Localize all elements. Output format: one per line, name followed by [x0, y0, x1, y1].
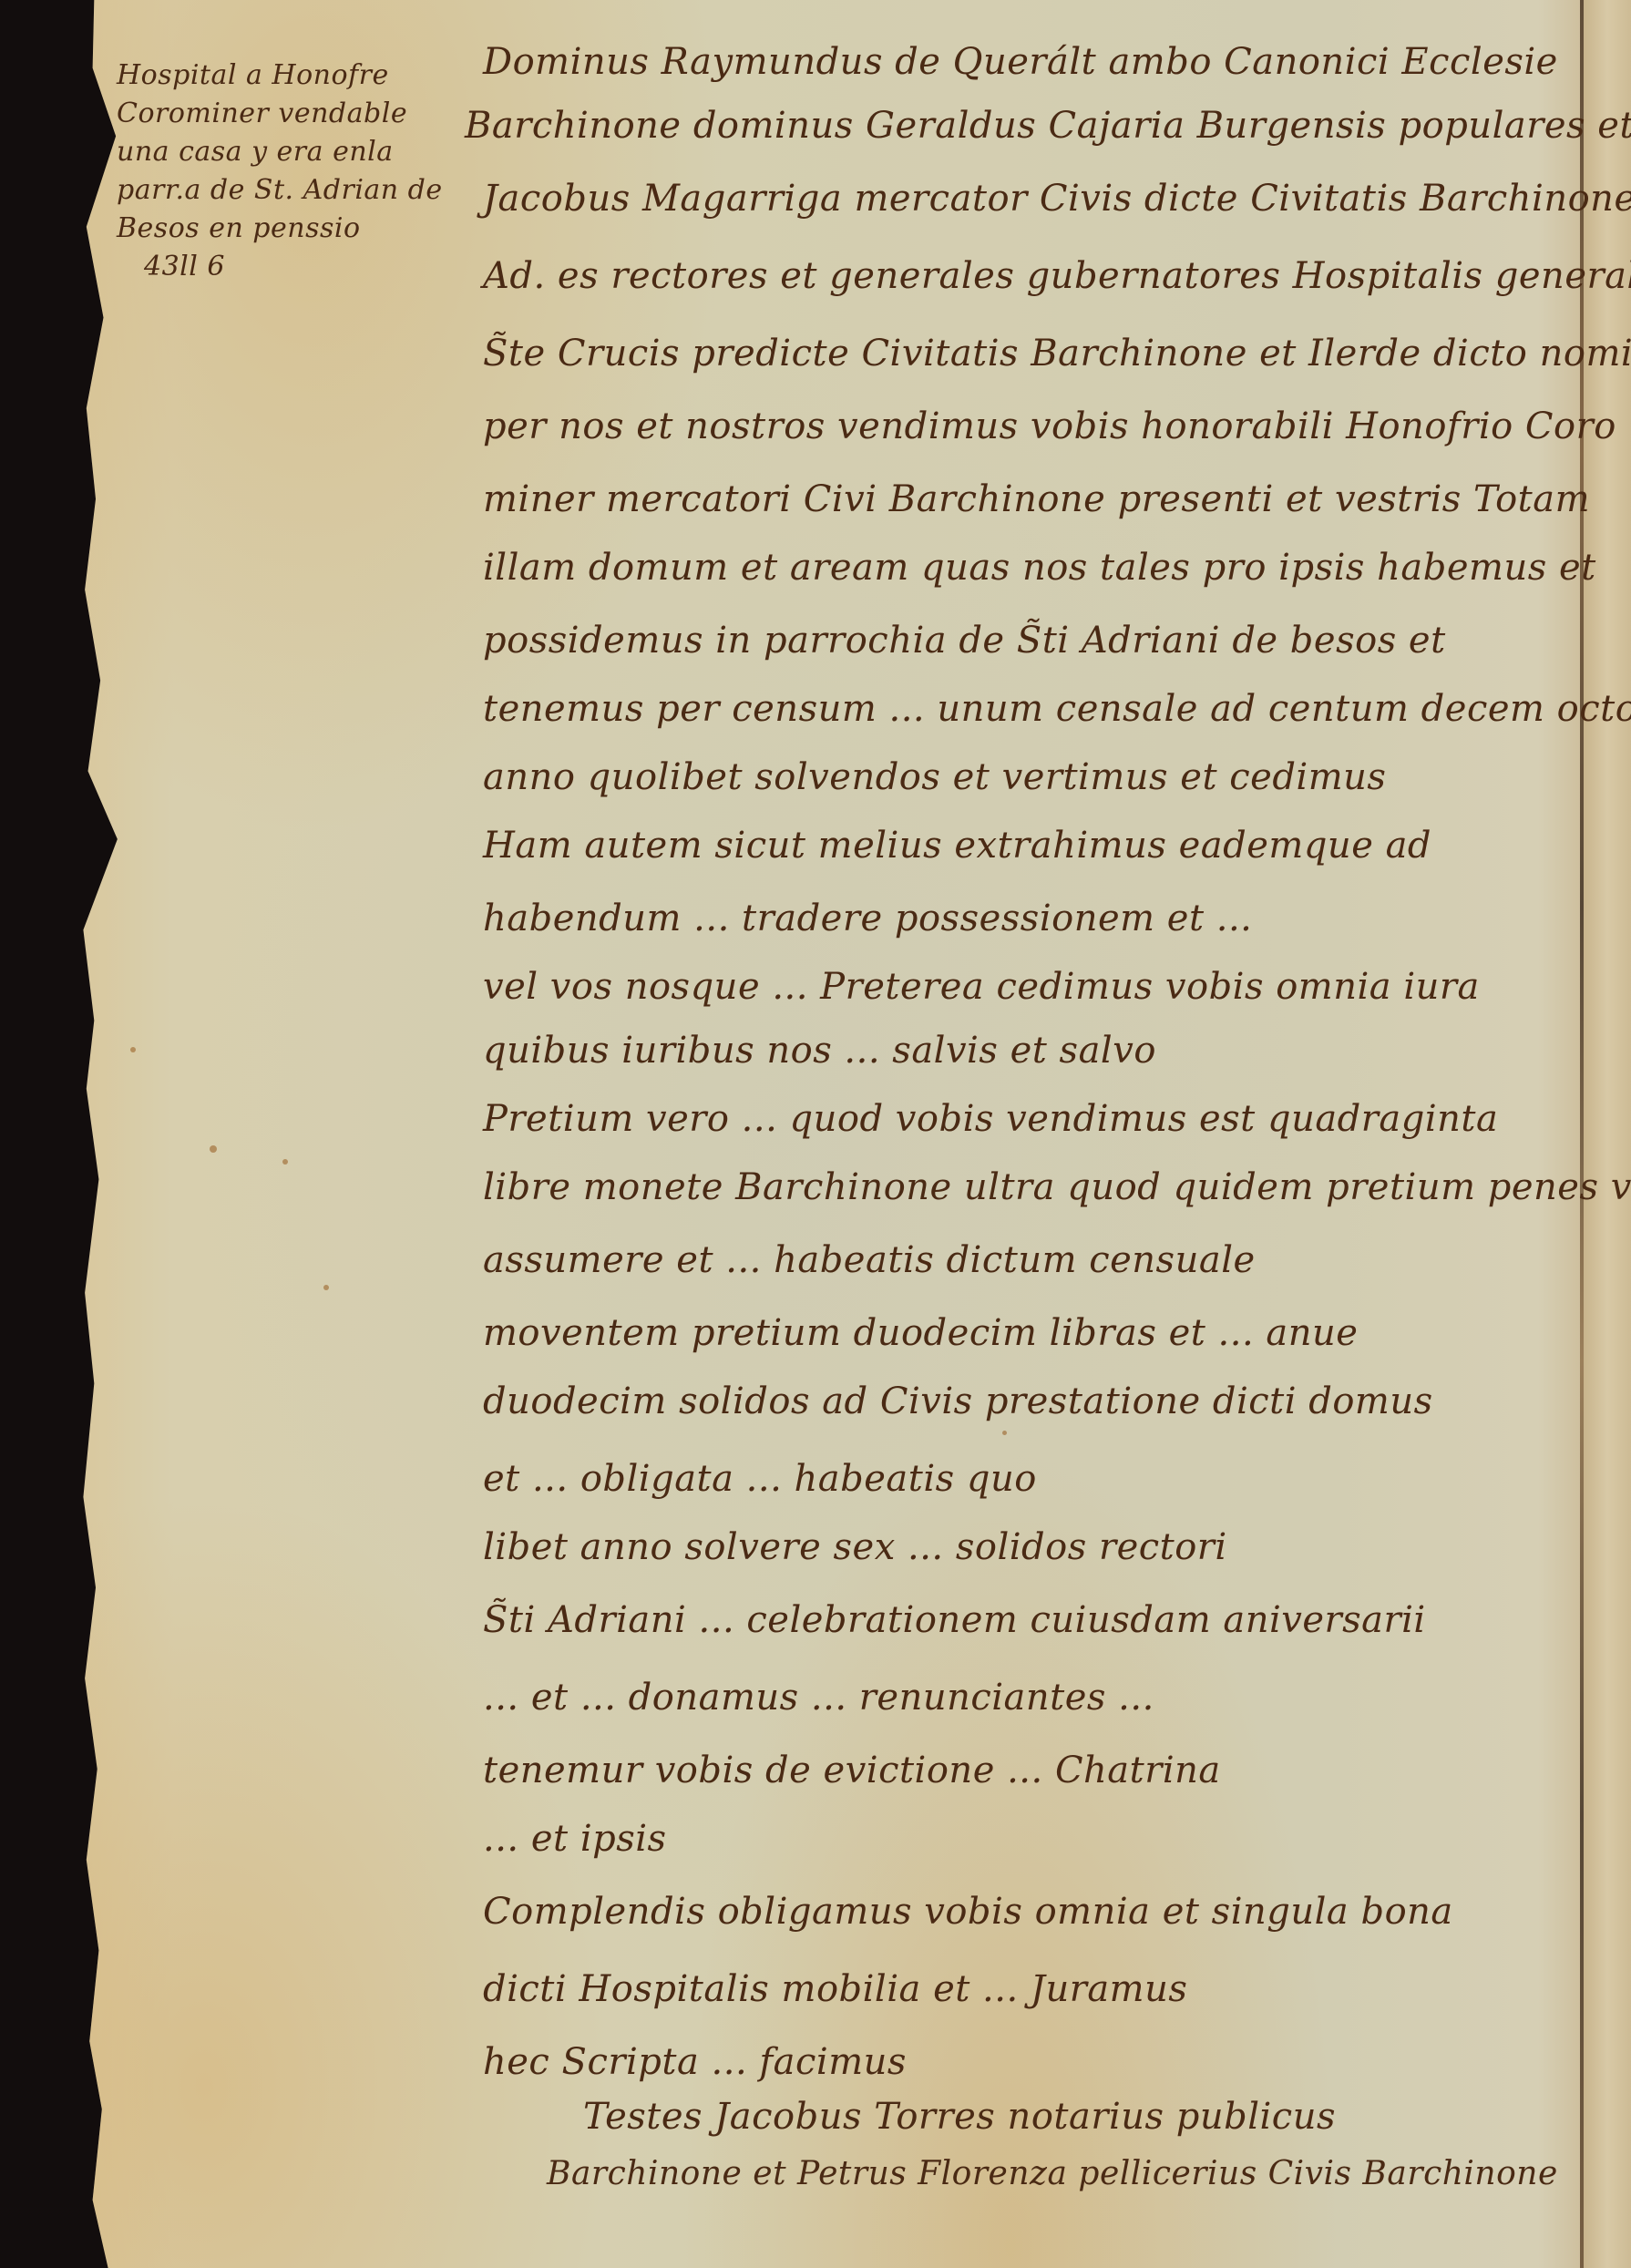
text-line: moventem pretium duodecim libras et ... …	[483, 1312, 1358, 1354]
text-line: habendum ... tradere possessionem et ...	[483, 898, 1252, 939]
margin-line: Corominer vendable	[117, 95, 454, 133]
text-line: et ... obligata ... habeatis quo	[483, 1458, 1037, 1500]
text-line: Dominus Raymundus de Querált ambo Canoni…	[483, 41, 1558, 83]
text-line: ... et ... donamus ... renunciantes ...	[483, 1677, 1154, 1719]
text-line: miner mercatori Civi Barchinone presenti…	[483, 478, 1590, 520]
margin-line: parr.a de St. Adrian de	[117, 171, 454, 210]
foxing-stain	[130, 1047, 136, 1052]
text-line: tenemus per censum ... unum censale ad c…	[483, 688, 1631, 730]
margin-line: Besos en penssio	[117, 210, 454, 248]
margin-line: una casa y era enla	[117, 133, 454, 171]
margin-annotation: Hospital a Honofre Corominer vendable un…	[117, 56, 454, 286]
text-line: libre monete Barchinone ultra quod quide…	[483, 1166, 1631, 1208]
margin-line: Hospital a Honofre	[117, 56, 454, 95]
text-line: assumere et ... habeatis dictum censuale	[483, 1239, 1256, 1281]
text-line: possidemus in parrochia de S̃ti Adriani …	[483, 620, 1446, 662]
foxing-stain	[323, 1285, 329, 1290]
text-line: S̃ti Adriani ... celebrationem cuiusdam …	[483, 1599, 1426, 1641]
margin-line: 43ll 6	[117, 248, 454, 286]
text-line: duodecim solidos ad Civis prestatione di…	[483, 1380, 1433, 1422]
witness-line: Barchinone et Petrus Florenza pelliceriu…	[547, 2155, 1558, 2192]
foxing-stain	[210, 1145, 217, 1153]
text-line: tenemur vobis de evictione ... Chatrina	[483, 1750, 1221, 1791]
text-line: Barchinone dominus Geraldus Cajaria Burg…	[465, 105, 1631, 147]
text-line: Ad. es rectores et generales gubernatore…	[483, 255, 1631, 297]
witness-line: Testes Jacobus Torres notarius publicus	[583, 2096, 1336, 2138]
foxing-stain	[1002, 1431, 1007, 1435]
text-line: ... et ipsis	[483, 1818, 667, 1860]
text-line: quibus iuribus nos ... salvis et salvo	[483, 1030, 1156, 1072]
text-line: vel vos nosque ... Preterea cedimus vobi…	[483, 966, 1480, 1008]
text-line: libet anno solvere sex ... solidos recto…	[483, 1526, 1227, 1568]
text-line: hec Scripta ... facimus	[483, 2041, 907, 2083]
text-line: Complendis obligamus vobis omnia et sing…	[483, 1891, 1453, 1933]
text-line: per nos et nostros vendimus vobis honora…	[483, 405, 1616, 447]
text-line: dicti Hospitalis mobilia et ... Juramus	[483, 1968, 1187, 2010]
text-line: Pretium vero ... quod vobis vendimus est…	[483, 1098, 1498, 1140]
text-line: illam domum et aream quas nos tales pro …	[483, 547, 1596, 589]
foxing-stain	[282, 1159, 288, 1165]
text-line: Ham autem sicut melius extrahimus eademq…	[483, 825, 1431, 867]
text-line: S̃te Crucis predicte Civitatis Barchinon…	[483, 333, 1631, 375]
text-line: anno quolibet solvendos et vertimus et c…	[483, 756, 1386, 798]
text-line: Jacobus Magarriga mercator Civis dicte C…	[483, 178, 1631, 220]
manuscript-scan: Hospital a Honofre Corominer vendable un…	[0, 0, 1631, 2268]
